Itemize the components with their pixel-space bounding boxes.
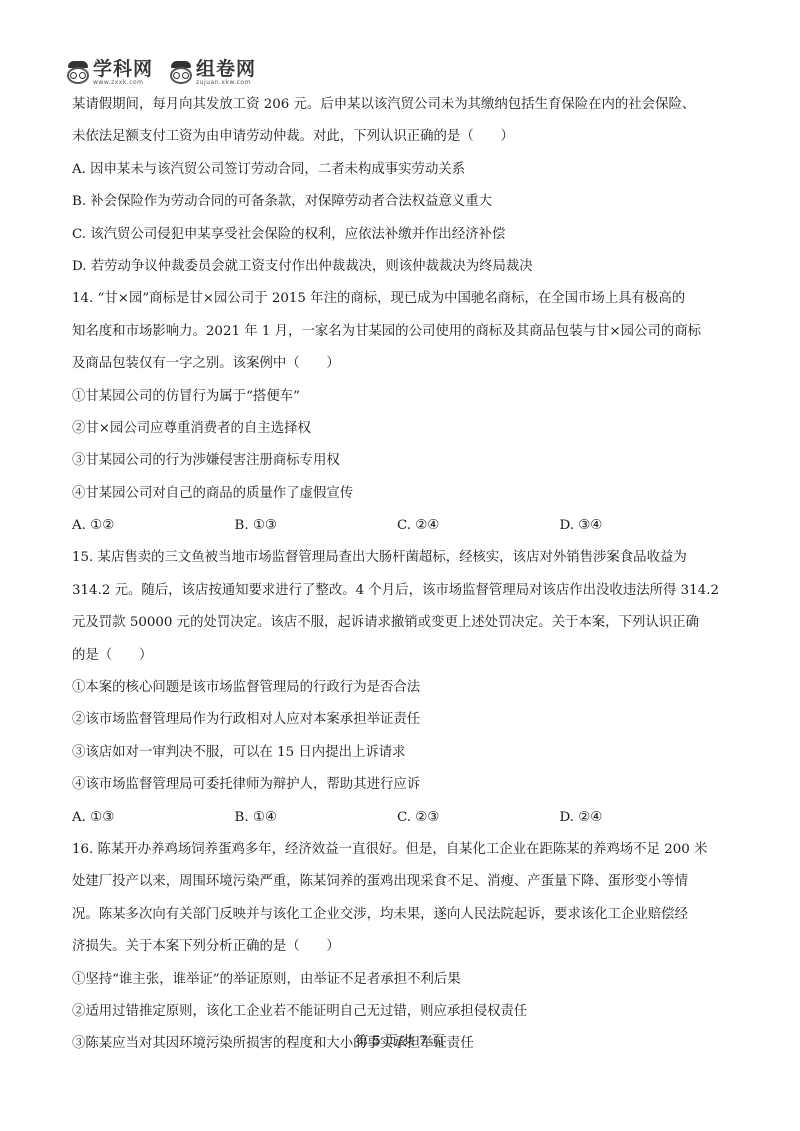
stem-line: 16. 陈某开办养鸡场饲养蛋鸡多年，经济效益一直很好。但是，自某化工企业在距陈某… bbox=[72, 839, 722, 871]
statement: ③该店如对一审判决不服，可以在 15 日内提出上诉请求 bbox=[72, 742, 722, 774]
choice-a: A. ①③ bbox=[72, 807, 235, 839]
owl-mascot-icon bbox=[66, 61, 90, 85]
choice-c: C. ②③ bbox=[397, 807, 560, 839]
stem-line: 某请假期间，每月向其发放工资 206 元。后申某以该汽贸公司未为其缴纳包括生育保… bbox=[72, 94, 722, 126]
stem-line: 的是（ ） bbox=[72, 645, 722, 677]
logo-name: 学科网 bbox=[93, 60, 153, 79]
page-content: 某请假期间，每月向其发放工资 206 元。后申某以该汽贸公司未为其缴纳包括生育保… bbox=[72, 94, 722, 1066]
logo-zujuan: 组卷网 zujuan.xkw.com bbox=[169, 60, 256, 86]
stem-line: 知名度和市场影响力。2021 年 1 月，一家名为甘某园的公司使用的商标及其商品… bbox=[72, 321, 722, 353]
choice-c: C. ②④ bbox=[397, 515, 560, 547]
page-number: 第 5 页/共 7 页 bbox=[0, 1030, 800, 1049]
choice-b: B. ①③ bbox=[235, 515, 398, 547]
header-logos: 学科网 www.zxxk.com 组卷网 zujuan.xkw.com bbox=[66, 58, 256, 88]
choice-a: A. ①② bbox=[72, 515, 235, 547]
option-d: D. 若劳动争议仲裁委员会就工资支付作出仲裁裁决，则该仲裁裁决为终局裁决 bbox=[72, 256, 722, 288]
choice-d: D. ②④ bbox=[560, 807, 723, 839]
logo-url: zujuan.xkw.com bbox=[196, 80, 256, 86]
statement: ②甘×园公司应尊重消费者的自主选择权 bbox=[72, 418, 722, 450]
logo-zxxk: 学科网 www.zxxk.com bbox=[66, 60, 153, 86]
question-13-continued: 某请假期间，每月向其发放工资 206 元。后申某以该汽贸公司未为其缴纳包括生育保… bbox=[72, 94, 722, 288]
stem-line: 314.2 元。随后，该店按通知要求进行了整改。4 个月后，该市场监督管理局对该… bbox=[72, 580, 722, 612]
owl-mascot-icon bbox=[169, 61, 193, 85]
question-15: 15. 某店售卖的三文鱼被当地市场监督管理局查出大肠杆菌超标，经核实，该店对外销… bbox=[72, 547, 722, 839]
statement: ④该市场监督管理局可委托律师为辩护人，帮助其进行应诉 bbox=[72, 774, 722, 806]
statement: ②适用过错推定原则，该化工企业若不能证明自己无过错，则应承担侵权责任 bbox=[72, 1001, 722, 1033]
choice-d: D. ③④ bbox=[560, 515, 723, 547]
answer-choices: A. ①② B. ①③ C. ②④ D. ③④ bbox=[72, 515, 722, 547]
statement: ①本案的核心问题是该市场监督管理局的行政行为是否合法 bbox=[72, 677, 722, 709]
stem-line: 济损失。关于本案下列分析正确的是（ ） bbox=[72, 936, 722, 968]
option-c: C. 该汽贸公司侵犯申某享受社会保险的权利，应依法补缴并作出经济补偿 bbox=[72, 224, 722, 256]
statement: ①坚持“谁主张，谁举证”的举证原则，由举证不足者承担不利后果 bbox=[72, 969, 722, 1001]
stem-line: 元及罚款 50000 元的处罚决定。该店不服，起诉请求撤销或变更上述处罚决定。关… bbox=[72, 612, 722, 644]
statement: ②该市场监督管理局作为行政相对人应对本案承担举证责任 bbox=[72, 709, 722, 741]
stem-line: 14. “甘×园”商标是甘×园公司于 2015 年注的商标，现已成为中国驰名商标… bbox=[72, 288, 722, 320]
stem-line: 及商品包装仅有一字之别。该案例中（ ） bbox=[72, 353, 722, 385]
logo-name: 组卷网 bbox=[196, 60, 256, 79]
stem-line: 未依法足额支付工资为由申请劳动仲裁。对此，下列认识正确的是（ ） bbox=[72, 126, 722, 158]
stem-line: 况。陈某多次向有关部门反映并与该化工企业交涉，均未果，遂向人民法院起诉，要求该化… bbox=[72, 904, 722, 936]
statement: ④甘某园公司对自己的商品的质量作了虚假宣传 bbox=[72, 483, 722, 515]
statement: ③甘某园公司的行为涉嫌侵害注册商标专用权 bbox=[72, 450, 722, 482]
choice-b: B. ①④ bbox=[235, 807, 398, 839]
logo-url: www.zxxk.com bbox=[93, 80, 153, 86]
option-b: B. 补会保险作为劳动合同的可备条款，对保障劳动者合法权益意义重大 bbox=[72, 191, 722, 223]
stem-line: 处建厂投产以来，周围环境污染严重，陈某饲养的蛋鸡出现采食不足、消瘦、产蛋量下降、… bbox=[72, 871, 722, 903]
option-a: A. 因申某未与该汽贸公司签订劳动合同，二者未构成事实劳动关系 bbox=[72, 159, 722, 191]
answer-choices: A. ①③ B. ①④ C. ②③ D. ②④ bbox=[72, 807, 722, 839]
stem-line: 15. 某店售卖的三文鱼被当地市场监督管理局查出大肠杆菌超标，经核实，该店对外销… bbox=[72, 547, 722, 579]
question-14: 14. “甘×园”商标是甘×园公司于 2015 年注的商标，现已成为中国驰名商标… bbox=[72, 288, 722, 547]
statement: ①甘某园公司的仿冒行为属于“搭便车” bbox=[72, 386, 722, 418]
